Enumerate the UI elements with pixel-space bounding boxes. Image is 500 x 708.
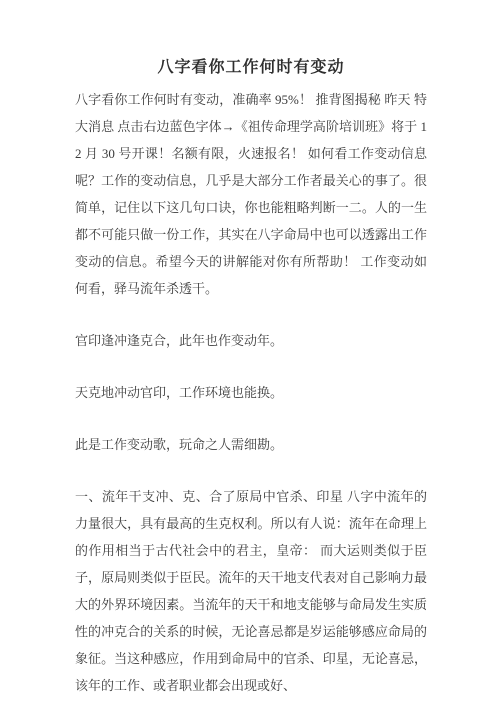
- verse-line-1: 官印逢冲逢克合，此年也作变动年。: [75, 327, 427, 354]
- verse-line-3: 此是工作变动歌，玩命之人需细勘。: [75, 431, 427, 458]
- paragraph-intro: 八字看你工作何时有变动，准确率 95%！ 推背图揭秘 昨天 特大消息 点击右边蓝…: [75, 86, 427, 302]
- paragraph-section-one: 一、流年干支冲、克、合了原局中官杀、印星 八字中流年的力量很大，具有最高的生克权…: [75, 483, 427, 699]
- document-page: 八字看你工作何时有变动 八字看你工作何时有变动，准确率 95%！ 推背图揭秘 昨…: [0, 0, 500, 708]
- verse-line-2: 天克地冲动官印，工作环境也能换。: [75, 379, 427, 406]
- document-title: 八字看你工作何时有变动: [75, 56, 427, 80]
